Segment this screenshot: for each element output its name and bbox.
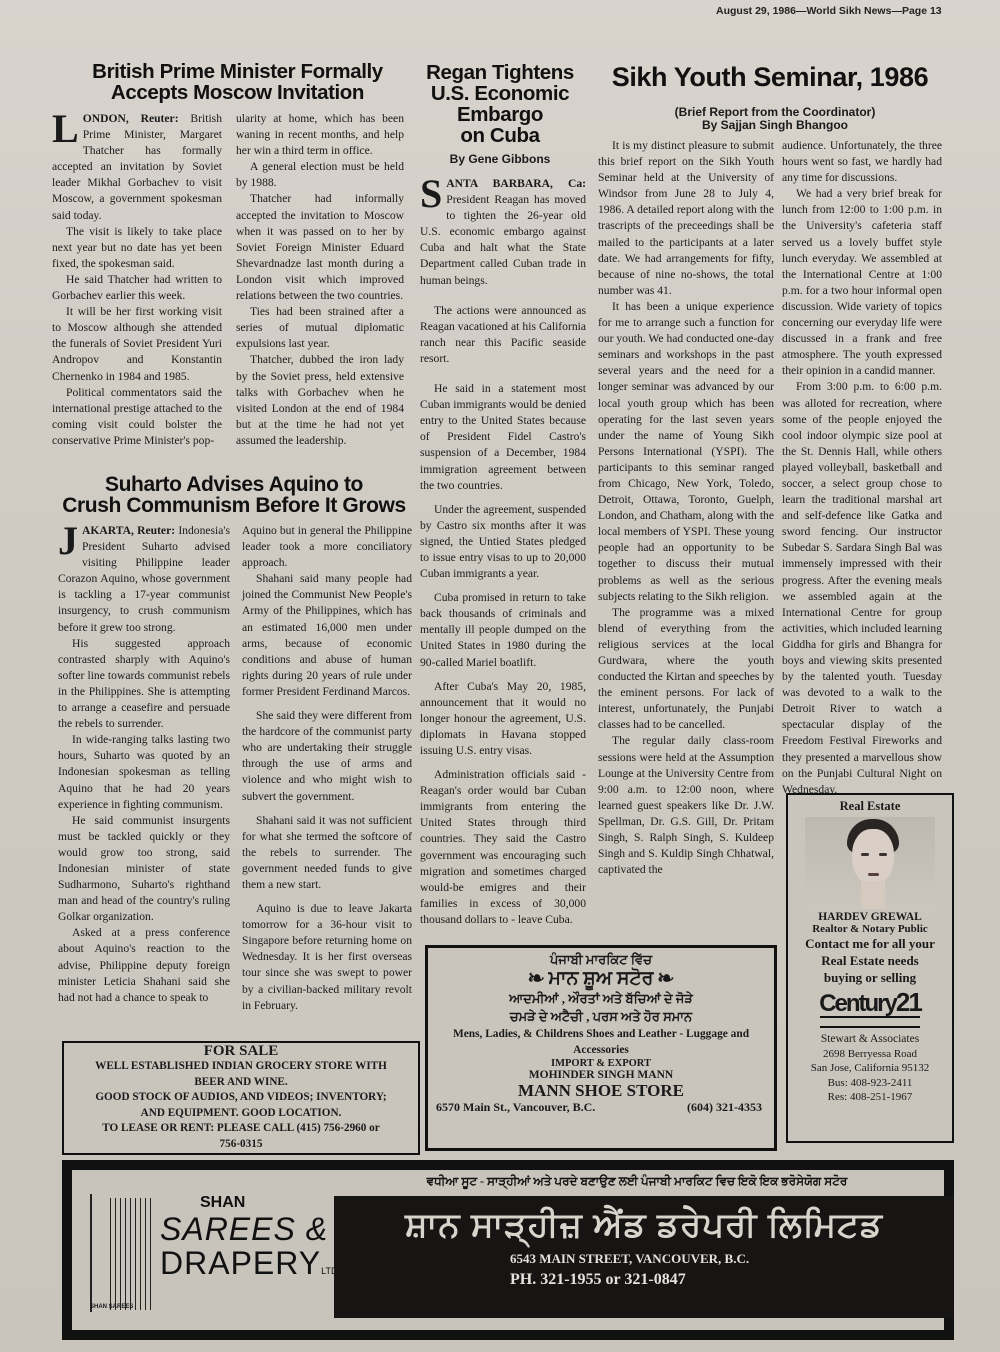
reagan-column: S ANTA BARBARA, Ca: President Reagan has… (420, 176, 586, 928)
realtor-photo (805, 817, 935, 909)
shan-logo: SHAN SAREES SHAN SAREES & DRAPERYLTD. (90, 1188, 320, 1318)
drop-cap: L (52, 113, 79, 145)
for-sale-ad: FOR SALE WELL ESTABLISHED INDIAN GROCERY… (62, 1041, 420, 1155)
drop-cap: J (58, 525, 78, 557)
shoe-ornament-icon: ❧ (529, 968, 544, 989)
thatcher-col-1: L ONDON, Reuter: British Prime Minister,… (52, 111, 222, 449)
suharto-col-1: J AKARTA, Reuter: Indonesia's President … (58, 523, 230, 1006)
reagan-headline: Regan Tightens U.S. Economic Embargo on … (414, 62, 586, 146)
drop-cap: S (420, 178, 442, 210)
suharto-headline: Suharto Advises Aquino to Crush Communis… (48, 474, 420, 517)
curtain-figure-icon: SHAN SAREES (90, 1194, 152, 1312)
real-estate-ad: Real Estate HARDEV GREWAL Realtor & Nota… (786, 793, 954, 1143)
punjabi-tagline: ਵਧੀਆ ਸੂਟ - ਸਾੜ੍ਹੀਆਂ ਅਤੇ ਪਰਦੇ ਬਣਾਉਣ ਲਈ ਪੰ… (330, 1170, 944, 1192)
shan-name-panel: ਸ਼ਾਨ ਸਾੜ੍ਹੀਜ਼ ਐਂਡ ਡਰੇਪਰੀ ਲਿਮਿਟਡ 6543 MAI… (334, 1196, 954, 1318)
ad-title: FOR SALE (64, 1043, 418, 1059)
seminar-headline: Sikh Youth Seminar, 1986 (592, 64, 948, 92)
reagan-byline: By Gene Gibbons (414, 153, 586, 166)
seminar-byline: By Sajjan Singh Bhangoo (600, 119, 950, 132)
suharto-col-2: Aquino but in general the Philippine lea… (242, 523, 412, 1014)
seminar-col-2: audience. Unfortunately, the three hours… (782, 138, 942, 798)
newspaper-page: August 29, 1986—World Sikh News—Page 13 … (0, 0, 1000, 1352)
mann-shoe-store-ad: ਪੰਜਾਬੀ ਮਾਰਕਿਟ ਵਿੱਚ ❧ ਮਾਨ ਸ਼ੂਅ ਸਟੋਰ ❧ ਆਦਮ… (425, 945, 777, 1151)
thatcher-col-2: ularity at home, which has been waning i… (236, 111, 404, 449)
century-21-logo: Century21 (788, 990, 952, 1016)
shan-sarees-ad: ਵਧੀਆ ਸੂਟ - ਸਾੜ੍ਹੀਆਂ ਅਤੇ ਪਰਦੇ ਬਣਾਉਣ ਲਈ ਪੰ… (62, 1160, 954, 1340)
seminar-col-1: It is my distinct pleasure to submit thi… (598, 138, 774, 878)
shoe-ornament-icon: ❧ (658, 968, 673, 989)
thatcher-headline: British Prime Minister Formally Accepts … (55, 62, 420, 104)
house-logo-icon (820, 1016, 920, 1028)
page-folio: August 29, 1986—World Sikh News—Page 13 (716, 5, 942, 17)
